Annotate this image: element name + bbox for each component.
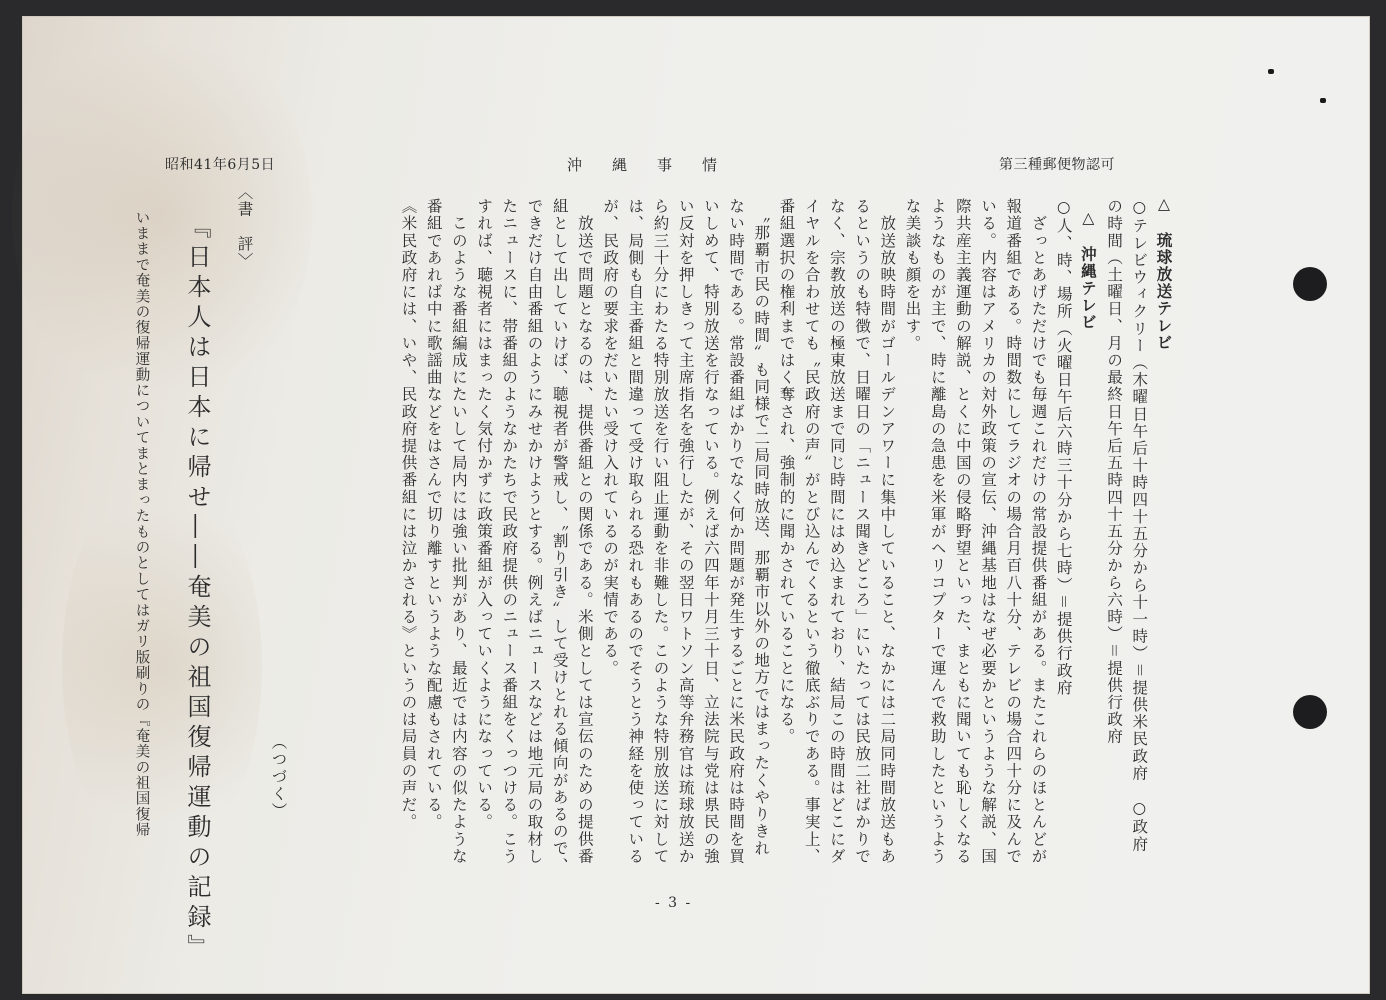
paper-stain: [62, 466, 262, 866]
article-column: いる。内容はアメリカの対外政策の宣伝、沖縄基地はなぜ必要かというような解説、国: [980, 198, 996, 865]
publication-title: 沖縄事情: [567, 154, 747, 175]
pin-mark: [1320, 98, 1326, 103]
article-column: △ 琉球放送テレビ: [1156, 194, 1172, 351]
article-column: できだけ自由番組のようにみせかけようとする。例えばニュースなどは地元局の取材し: [526, 198, 542, 865]
article-column: 〝那覇市民の時間〟も同様で二局同時放送、那覇市以外の地方ではまったくやりきれ: [753, 198, 769, 857]
article-column: なく、宗教放送の極東放送まで同じ時間にはめ込まれており、結局この時間はどこにダ: [828, 198, 844, 865]
article-column: イヤルを合わせても〝民政府の声〟がとび込んでくるという徹底ぶりである。事実上、: [803, 198, 819, 865]
article-column: ○テレビウィクリー（木曜日午后十時四十五分から十一時）＝提供米民政府 ○政府: [1131, 198, 1147, 853]
review-book-title: 『日本人は日本に帰せ――奄美の祖国復帰運動の記録』: [185, 214, 209, 964]
article-column: たニュースに、帯番組のようなかたちで民政府提供のニュース番組をくっつける。こう: [501, 198, 517, 865]
article-column: 放送放映時間がゴールデンアワーに集中していること、なかには二局同時間放送もあ: [879, 198, 895, 865]
article-column: いしめて、特別放送を行なっている。例えば六四年十月三十日、立法院与党は県民の強: [702, 198, 718, 865]
pin-mark: [1268, 69, 1274, 74]
article-column: ようなものが主で、時に離島の急患を米軍がヘリコプターで運んで救助したというよう: [929, 198, 945, 865]
article-column: が、民政府の要求をだいたい受け入れているのが実情である。: [602, 198, 618, 677]
article-column: 際共産主義運動の解説、とくに中国の侵略野望といった、まともに聞いても恥しくなる: [954, 198, 970, 865]
article-column: は、局側も自主番組と間違って受け取られる恐れもあるのでそうとう神経を使っている: [627, 198, 643, 865]
article-column: ら約三十分にわたる特別放送を行い阻止運動を非難した。このような特別放送に対して: [652, 198, 668, 865]
article-column: △ 沖縄テレビ: [1080, 208, 1096, 331]
postal-permit: 第三種郵便物認可: [999, 154, 1115, 174]
article-column: 組として出していけば、聴視者が警戒し、〝割り引き〟して受けとれる傾向があるので、: [551, 198, 567, 874]
review-lead-text: いままで奄美の復帰運動についてまとまったものとしてはガリ版刷りの『奄美の祖国復帰: [134, 210, 149, 838]
article-column: 放送で問題となるのは、提供番組との関係である。米側としては宣伝のための提供番: [576, 198, 592, 865]
review-section-label: 〈書 評〉: [236, 184, 252, 270]
article-column: このような番組編成にたいして局内には強い批判があり、最近では内容の似たような: [450, 198, 466, 865]
continued-note: （つづく）: [270, 734, 286, 820]
article-column: すれば、聴視者にはまったく気付かずに政策番組が入っていくようになっている。: [476, 198, 492, 831]
article-column: 番組選択の権利まではく奪され、強制的に聞かされていることになる。: [778, 198, 794, 745]
article-column: な美談も顔を出す。: [904, 198, 920, 352]
document-page: 昭和41年6月5日 沖縄事情 第三種郵便物認可 △ 琉球放送テレビ○テレビウィク…: [22, 16, 1370, 994]
article-column: 報道番組である。時間数にしてラジオの場合月百八十分、テレビの場合四十分に及んで: [1005, 198, 1021, 865]
paper-stain: [12, 16, 312, 416]
article-column: るというのも特徴で、日曜日の「ニュース聞きどころ」にいたっては民放二社ばかりで: [854, 198, 870, 865]
article-column: い反対を押しきって主席指名を強行したが、その翌日ワトソン高等弁務官は琉球放送か: [677, 198, 693, 865]
article-column: ざっとあげただけでも毎週これだけの常設提供番組がある。またこれらのほとんどが: [1030, 198, 1046, 865]
article-column: の時間（土曜日、月の最終日午后五時四十五分から六時）＝提供行政府: [1106, 198, 1122, 745]
binder-hole: [1293, 695, 1327, 729]
article-column: ○人、時、場所（火曜日午后六時三十分から七時）＝提供行政府: [1055, 198, 1071, 696]
article-column: ない時間である。常設番組ばかりでなく何か問題が発生するごとに米民政府は時間を買: [728, 198, 744, 865]
page-number: - 3 -: [655, 895, 692, 911]
binder-hole: [1293, 267, 1327, 301]
article-column: 《米民政府には、いや、民政府提供番組には泣かされる》というのは局員の声だ。: [400, 198, 416, 831]
article-column: 番組であれば中に歌謡曲などをはさんで切り離すというような配慮もされている。: [425, 198, 441, 831]
issue-date: 昭和41年6月5日: [165, 154, 275, 174]
